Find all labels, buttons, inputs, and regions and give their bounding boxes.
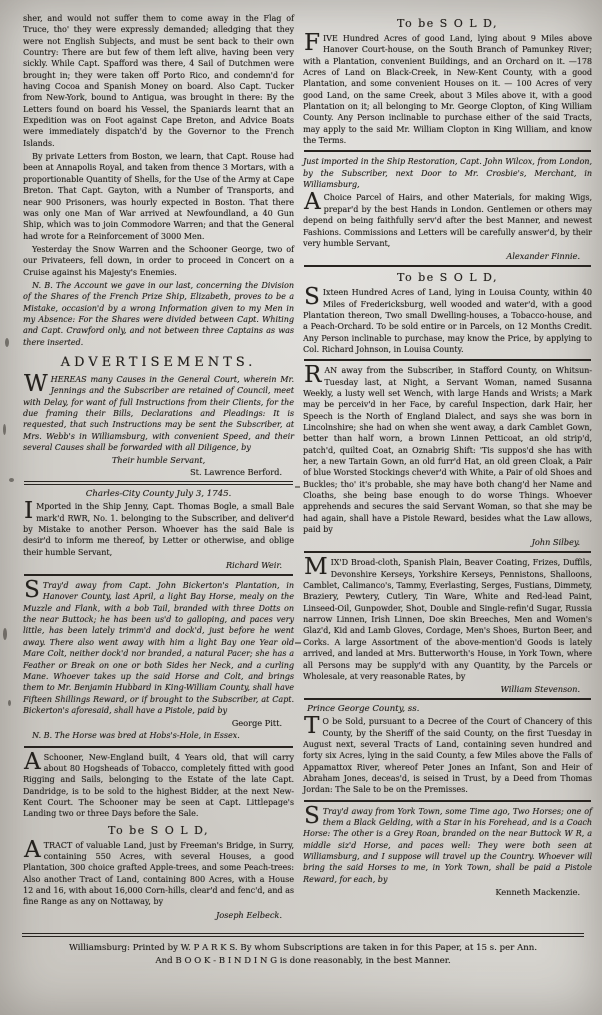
left-column: sher, and would not suffer them to come …	[23, 13, 294, 922]
drop-cap: F	[303, 33, 323, 53]
advert-paragraph: FIVE Hundred Acres of good Land, lying a…	[303, 33, 592, 146]
advert-paragraph: WHEREAS many Causes in the General Court…	[23, 374, 294, 453]
scan-smudge	[295, 642, 301, 644]
section-heading: To be S O L D,	[303, 17, 592, 30]
signature: Alexander Finnie.	[303, 251, 592, 261]
advert-paragraph: sher, and would not suffer them to come …	[23, 13, 294, 149]
drop-cap: R	[303, 365, 324, 385]
advert-paragraph: STray'd away from Capt. John Bickerton's…	[23, 580, 294, 716]
signature: Joseph Eelbeck.	[23, 910, 294, 920]
advert-paragraph: N. B. The Horse was bred at Hobs's-Hole,…	[23, 730, 294, 741]
scan-smudge	[9, 478, 14, 482]
signature: William Stevenson.	[303, 684, 592, 694]
signature: Kenneth Mackenzie.	[303, 887, 592, 897]
divider-rule	[304, 359, 591, 361]
drop-cap: I	[23, 501, 36, 521]
signature: Richard Weir.	[23, 560, 294, 570]
advert-paragraph: TO be Sold, pursuant to a Decree of the …	[303, 716, 592, 795]
advert-paragraph: A TRACT of valuable Land, just by Freema…	[23, 840, 294, 908]
drop-cap: A	[23, 840, 44, 860]
signature: Their humble Servant,	[23, 455, 294, 465]
advert-paragraph: Just imported in the Ship Restoration, C…	[303, 156, 592, 190]
footer-divider	[22, 933, 584, 937]
advert-paragraph: RAN away from the Subscriber, in Staffor…	[303, 365, 592, 535]
dateline-heading: Charles-City County July 3, 1745.	[23, 489, 294, 499]
newspaper-page: sher, and would not suffer them to come …	[0, 0, 602, 1015]
drop-cap: S	[23, 580, 43, 600]
signature: George Pitt.	[23, 718, 294, 728]
scan-smudge	[8, 700, 11, 706]
advert-paragraph: MIX'D Broad-cloth, Spanish Plain, Beaver…	[303, 557, 592, 682]
divider-rule	[304, 551, 591, 553]
scan-smudge	[3, 424, 6, 435]
footer-imprint: Williamsburg: Printed by W. P A R K S. B…	[22, 942, 584, 967]
signature: St. Lawrence Berford.	[23, 467, 294, 477]
drop-cap: S	[303, 806, 323, 826]
drop-cap: T	[303, 716, 322, 736]
signature: John Silbey.	[303, 537, 592, 547]
divider-rule	[304, 800, 591, 802]
section-heading: To be S O L D,	[303, 271, 592, 284]
divider-rule	[304, 698, 591, 700]
advert-paragraph: A Choice Parcel of Hairs, and other Mate…	[303, 192, 592, 249]
divider-rule	[304, 150, 591, 152]
dateline-heading: Prince George County, ss.	[303, 704, 592, 714]
section-heading: ADVERTISEMENTS.	[23, 355, 294, 370]
right-column: To be S O L D,FIVE Hundred Acres of good…	[303, 13, 592, 922]
advert-paragraph: SIxteen Hundred Acres of Land, lying in …	[303, 287, 592, 355]
drop-cap: A	[23, 752, 44, 772]
imprint-line: Williamsburg: Printed by W. P A R K S. B…	[22, 942, 584, 955]
advert-paragraph: STray'd away from York Town, some Time a…	[303, 806, 592, 885]
advert-paragraph: Yesterday the Snow Warren and the Schoon…	[23, 244, 294, 278]
divider-rule	[304, 265, 591, 267]
drop-cap: S	[303, 287, 323, 307]
section-heading: To be S O L D,	[23, 824, 294, 837]
advert-paragraph: N. B. The Account we gave in our last, c…	[23, 280, 294, 348]
advert-paragraph: IMported in the Ship Jenny, Capt. Thomas…	[23, 501, 294, 558]
advert-paragraph: A Schooner, New-England built, 4 Years o…	[23, 752, 294, 820]
advert-paragraph: By private Letters from Boston, we learn…	[23, 151, 294, 242]
scan-smudge	[3, 628, 7, 640]
divider-rule	[24, 481, 293, 485]
drop-cap: W	[23, 374, 51, 394]
page-columns: sher, and would not suffer them to come …	[23, 13, 592, 922]
scan-smudge	[5, 338, 9, 347]
scan-smudge	[295, 486, 300, 488]
drop-cap: A	[303, 192, 324, 212]
divider-rule	[24, 746, 293, 748]
imprint-line: And B O O K - B I N D I N G is done reas…	[22, 955, 584, 968]
drop-cap: M	[303, 557, 331, 577]
divider-rule	[24, 574, 293, 576]
